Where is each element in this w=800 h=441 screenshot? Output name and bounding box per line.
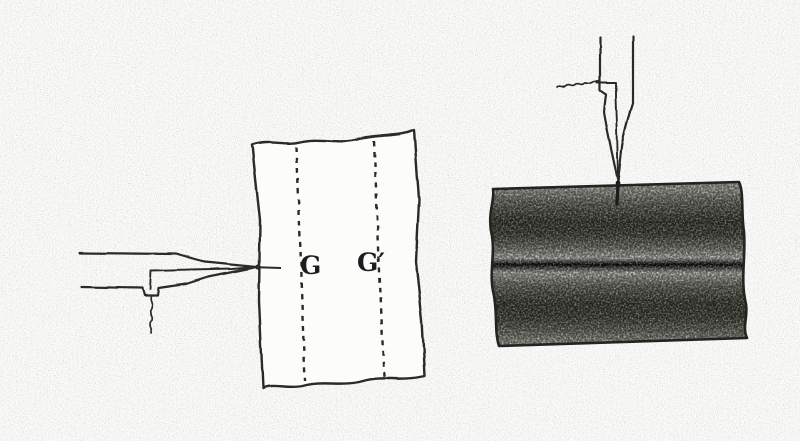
label-g: G — [300, 251, 321, 280]
technical-diagram-canvas: G G′ — [0, 0, 800, 441]
label-g-prime: G′ — [357, 248, 385, 277]
flat-plate — [252, 130, 425, 388]
cylindrical-shaft-shading — [485, 178, 755, 353]
scribed-mark-left — [248, 267, 281, 268]
needle-point-contact — [616, 181, 621, 186]
scriber-point-contact — [255, 264, 260, 269]
scanned-diagram-page: G G′ — [0, 0, 800, 441]
scribed-mark-right — [617, 183, 618, 204]
scriber-riser — [150, 271, 151, 289]
